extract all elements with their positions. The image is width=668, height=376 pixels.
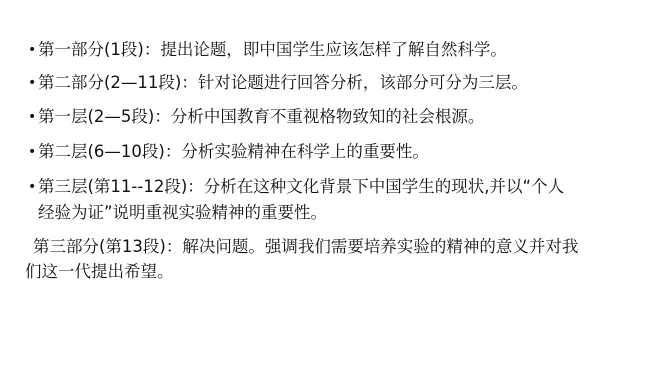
list-item-text-continuation: 经验为证”说明重视实验精神的重要性。 <box>38 203 327 222</box>
list-item-layer-three-continuation: 经验为证”说明重视实验精神的重要性。 <box>38 202 327 224</box>
slide-content: •第一部分(1段)：提出论题，即中国学生应该怎样了解自然科学。 •第二部分(2—… <box>0 0 668 376</box>
paragraph-part-three-line-1: 第三部分(第13段)：解决问题。强调我们需要培养实验的精神的意义并对我 <box>33 236 578 258</box>
list-item-text: 第二部分(2—11段)：针对论题进行回答分析，该部分可分为三层。 <box>38 73 528 92</box>
list-item-part-one: •第一部分(1段)：提出论题，即中国学生应该怎样了解自然科学。 <box>28 39 507 61</box>
paragraph-text-continuation: 们这一代提出希望。 <box>25 262 174 281</box>
bullet-icon: • <box>28 72 38 94</box>
list-item-part-two: •第二部分(2—11段)：针对论题进行回答分析，该部分可分为三层。 <box>28 72 528 94</box>
list-item-layer-two: •第二层(6—10段)：分析实验精神在科学上的重要性。 <box>28 141 429 163</box>
list-item-text: 第一层(2—5段)：分析中国教育不重视格物致知的社会根源。 <box>38 107 484 126</box>
list-item-text: 第二层(6—10段)：分析实验精神在科学上的重要性。 <box>38 142 429 161</box>
bullet-icon: • <box>28 176 38 198</box>
bullet-icon: • <box>28 141 38 163</box>
list-item-layer-one: •第一层(2—5段)：分析中国教育不重视格物致知的社会根源。 <box>28 106 484 128</box>
list-item-text: 第三层(第11--12段)：分析在这种文化背景下中国学生的现状,并以“个人 <box>38 177 564 196</box>
paragraph-text: 第三部分(第13段)：解决问题。强调我们需要培养实验的精神的意义并对我 <box>33 237 578 256</box>
bullet-icon: • <box>28 39 38 61</box>
list-item-text: 第一部分(1段)：提出论题，即中国学生应该怎样了解自然科学。 <box>38 40 507 59</box>
bullet-icon: • <box>28 106 38 128</box>
list-item-layer-three: •第三层(第11--12段)：分析在这种文化背景下中国学生的现状,并以“个人 <box>28 176 564 198</box>
paragraph-part-three-line-2: 们这一代提出希望。 <box>25 261 174 283</box>
